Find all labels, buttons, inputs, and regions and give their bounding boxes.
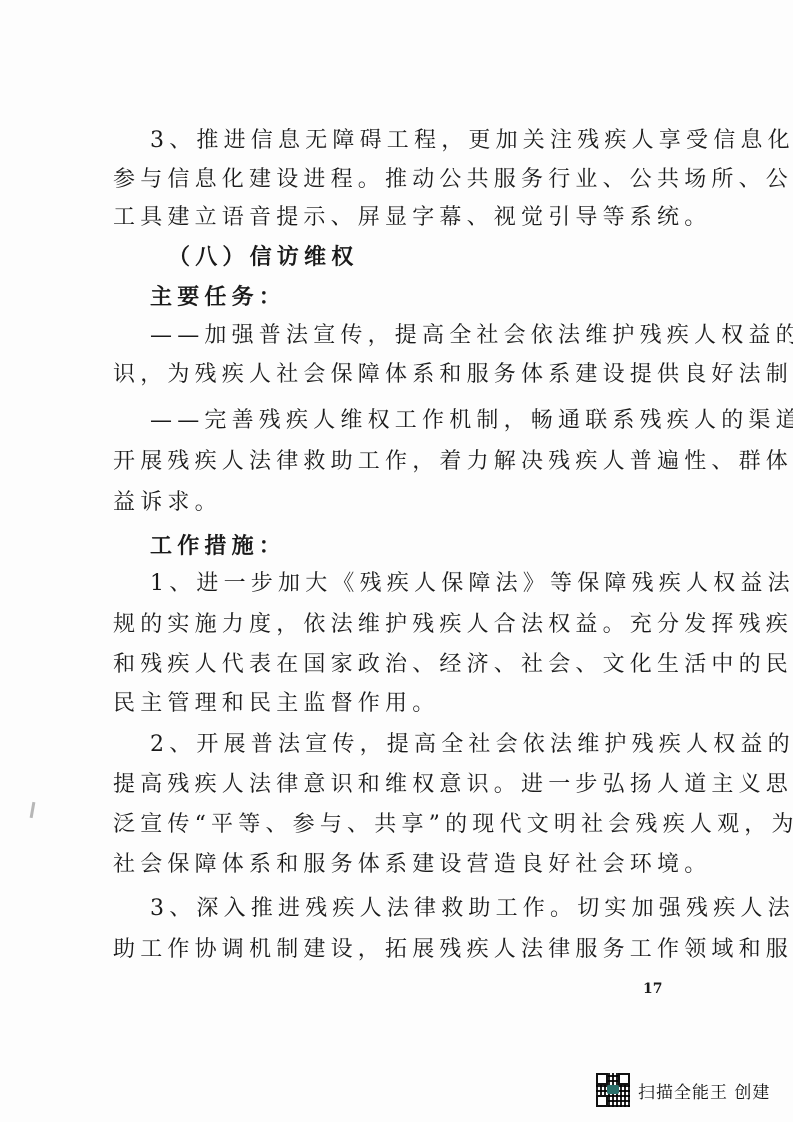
measure-line: 助工作协调机制建设，拓展残疾人法律服务工作领域和服务内 — [113, 935, 673, 965]
paragraph-line: 3、推进信息无障碍工程，更加关注残疾人享受信息化成果、 — [150, 126, 710, 156]
qr-code-icon — [596, 1073, 630, 1107]
measure-line: 社会保障体系和服务体系建设营造良好社会环境。 — [113, 850, 673, 880]
watermark-text: 扫描全能王 创建 — [638, 1078, 770, 1103]
task-line: ——加强普法宣传，提高全社会依法维护残疾人权益的意 — [150, 321, 710, 351]
measure-line: 3、深入推进残疾人法律救助工作。切实加强残疾人法律救 — [150, 894, 710, 924]
task-line: ——完善残疾人维权工作机制，畅通联系残疾人的渠道， — [150, 406, 710, 436]
task-line: 识，为残疾人社会保障体系和服务体系建设提供良好法制环境。 — [113, 360, 673, 390]
task-line: 开展残疾人法律救助工作，着力解决残疾人普遍性、群体性的利 — [113, 447, 673, 477]
scanned-page: 3、推进信息无障碍工程，更加关注残疾人享受信息化成果、 参与信息化建设进程。推动… — [0, 0, 793, 1122]
scan-artifact — [30, 802, 36, 818]
measure-line: 2、开展普法宣传，提高全社会依法维护残疾人权益的意识， — [150, 730, 710, 760]
page-number: 17 — [643, 981, 662, 997]
measure-line: 提高残疾人法律意识和维权意识。进一步弘扬人道主义思想，广 — [113, 770, 673, 800]
scanner-watermark: 扫描全能王 创建 — [596, 1073, 770, 1107]
main-tasks-heading: 主要任务： — [150, 282, 710, 312]
measure-line: 1、进一步加大《残疾人保障法》等保障残疾人权益法律法 — [150, 569, 710, 599]
measure-line: 泛宣传“平等、参与、共享”的现代文明社会残疾人观，为残疾人 — [113, 810, 673, 840]
measure-line: 民主管理和民主监督作用。 — [113, 689, 673, 719]
measure-line: 和残疾人代表在国家政治、经济、社会、文化生活中的民主参与、 — [113, 650, 673, 680]
measure-line: 规的实施力度，依法维护残疾人合法权益。充分发挥残疾人组织 — [113, 610, 673, 640]
task-line: 益诉求。 — [113, 488, 673, 518]
section-heading: （八）信访维权 — [168, 242, 728, 272]
paragraph-line: 参与信息化建设进程。推动公共服务行业、公共场所、公共交通 — [113, 165, 673, 195]
paragraph-line: 工具建立语音提示、屏显字幕、视觉引导等系统。 — [113, 203, 673, 233]
measures-heading: 工作措施： — [150, 531, 710, 561]
